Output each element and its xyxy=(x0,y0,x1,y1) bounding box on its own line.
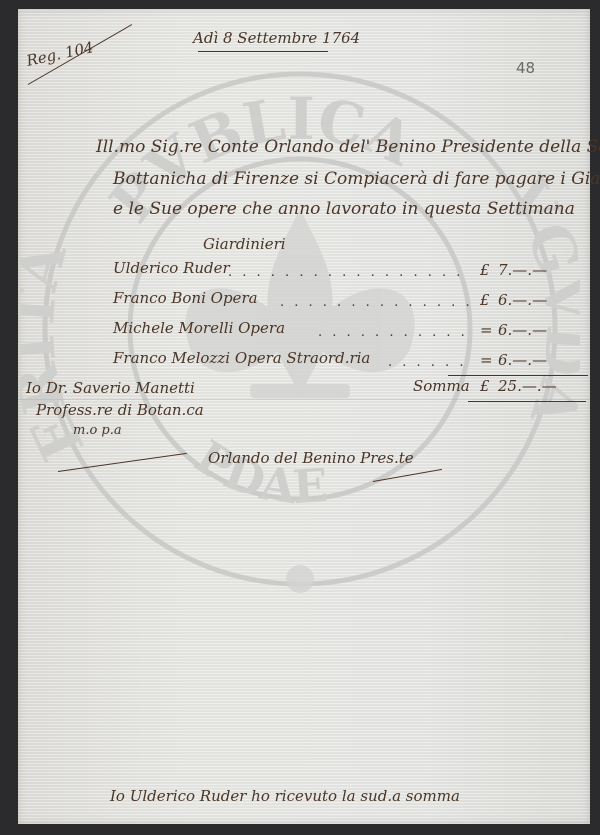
total-amount: 25.—.— xyxy=(498,377,557,395)
leader-dots: . . . . . . . . . . . . . . . . xyxy=(318,325,473,340)
entry-amount: 6.—.— xyxy=(498,351,547,369)
total-rule-bottom xyxy=(468,401,586,402)
paper-fold xyxy=(18,399,590,400)
entry-currency: £ xyxy=(480,261,490,279)
entry-name: Michele Morelli Opera xyxy=(113,319,285,337)
total-currency: £ xyxy=(480,377,490,395)
address-line-2: Bottanicha di Firenze si Compiacerà di f… xyxy=(113,169,600,189)
signature-flourish xyxy=(58,453,187,472)
leader-dots: . . . . . . . . . xyxy=(388,355,473,370)
total-label: Somma xyxy=(413,377,470,395)
entry-name: Franco Boni Opera xyxy=(113,289,258,307)
entry-amount: 7.—.— xyxy=(498,261,547,279)
section-heading: Giardinieri xyxy=(203,235,286,253)
signature: Orlando del Benino Pres.te xyxy=(208,449,414,467)
attestation-line-2: Profess.re di Botan.ca xyxy=(36,401,204,419)
attestation-line-1: Io Dr. Saverio Manetti xyxy=(26,379,195,397)
address-line-1: Ill.mo Sig.re Conte Orlando del' Benino … xyxy=(96,137,600,157)
watermark-seal-icon: PVBLICA ERITA VGVDA PDAE xyxy=(20,39,580,599)
date-underline xyxy=(198,51,328,52)
entry-amount: 6.—.— xyxy=(498,321,547,339)
leader-dots: . . . . . . . . . . . . . . . . . . . . … xyxy=(228,265,468,280)
attestation-line-3: m.o p.a xyxy=(73,423,122,438)
leader-dots: . . . . . . . . . . . . . . . . . . . xyxy=(280,295,470,310)
entry-name: Franco Melozzi Opera Straord.ria xyxy=(113,349,370,367)
page-number: 48 xyxy=(516,59,535,77)
date-line: Adì 8 Settembre 1764 xyxy=(193,29,360,47)
entry-currency: = xyxy=(480,321,493,339)
manuscript-page: PVBLICA ERITA VGVDA PDAE Reg. 104 Adì 8 … xyxy=(18,9,590,824)
receipt-line: Io Ulderico Ruder ho ricevuto la sud.a s… xyxy=(110,787,460,805)
entry-currency: £ xyxy=(480,291,490,309)
total-rule-top xyxy=(448,375,588,376)
svg-text:PDAE: PDAE xyxy=(186,430,330,515)
address-line-3: e le Sue opere che anno lavorato in ques… xyxy=(113,199,575,219)
entry-amount: 6.—.— xyxy=(498,291,547,309)
signature-underline xyxy=(373,469,442,482)
entry-currency: = xyxy=(480,351,493,369)
entry-name: Ulderico Ruder xyxy=(113,259,230,277)
